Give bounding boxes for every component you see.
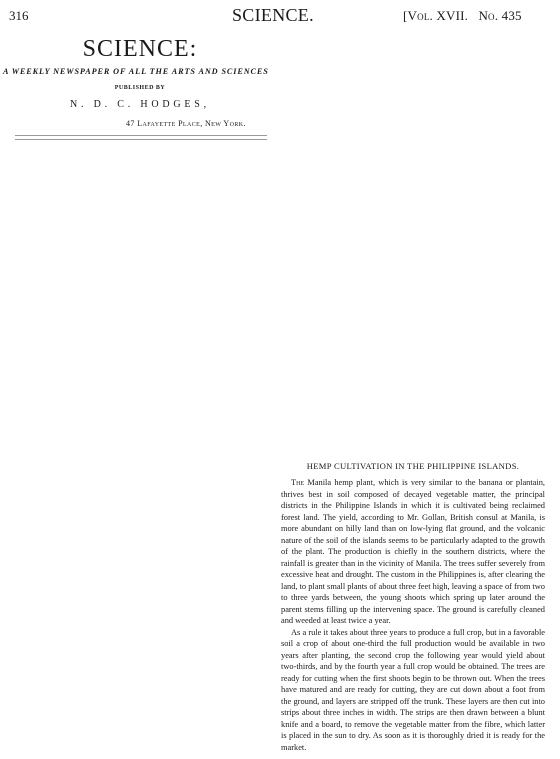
article: HEMP CULTIVATION IN THE PHILIPPINE ISLAN… [281, 461, 545, 753]
masthead-subtitle: A WEEKLY NEWSPAPER OF ALL THE ARTS AND S… [3, 67, 269, 76]
volume-issue: [Vol. XVII. No. 435 [403, 8, 522, 24]
publisher-address: 47 Lafayette Place, New York. [126, 119, 246, 128]
masthead-title: SCIENCE: [0, 36, 280, 63]
running-title: SCIENCE. [232, 5, 314, 26]
page-number: 316 [9, 8, 29, 24]
article-paragraph: The Manila hemp plant, which is very sim… [281, 477, 545, 627]
article-title: HEMP CULTIVATION IN THE PHILIPPINE ISLAN… [281, 461, 545, 471]
masthead-double-rule [15, 135, 267, 140]
publisher-name: N. D. C. HODGES, [0, 99, 280, 110]
volume-label: [Vol. XVII. [403, 8, 468, 23]
published-by-label: PUBLISHED BY [0, 85, 280, 91]
issue-label: No. 435 [478, 8, 521, 23]
paragraph-lead: The [291, 478, 304, 487]
article-paragraph: As a rule it takes about three years to … [281, 627, 545, 754]
paragraph-text: As a rule it takes about three years to … [281, 628, 545, 752]
paragraph-text: Manila hemp plant, which is very similar… [281, 478, 545, 625]
